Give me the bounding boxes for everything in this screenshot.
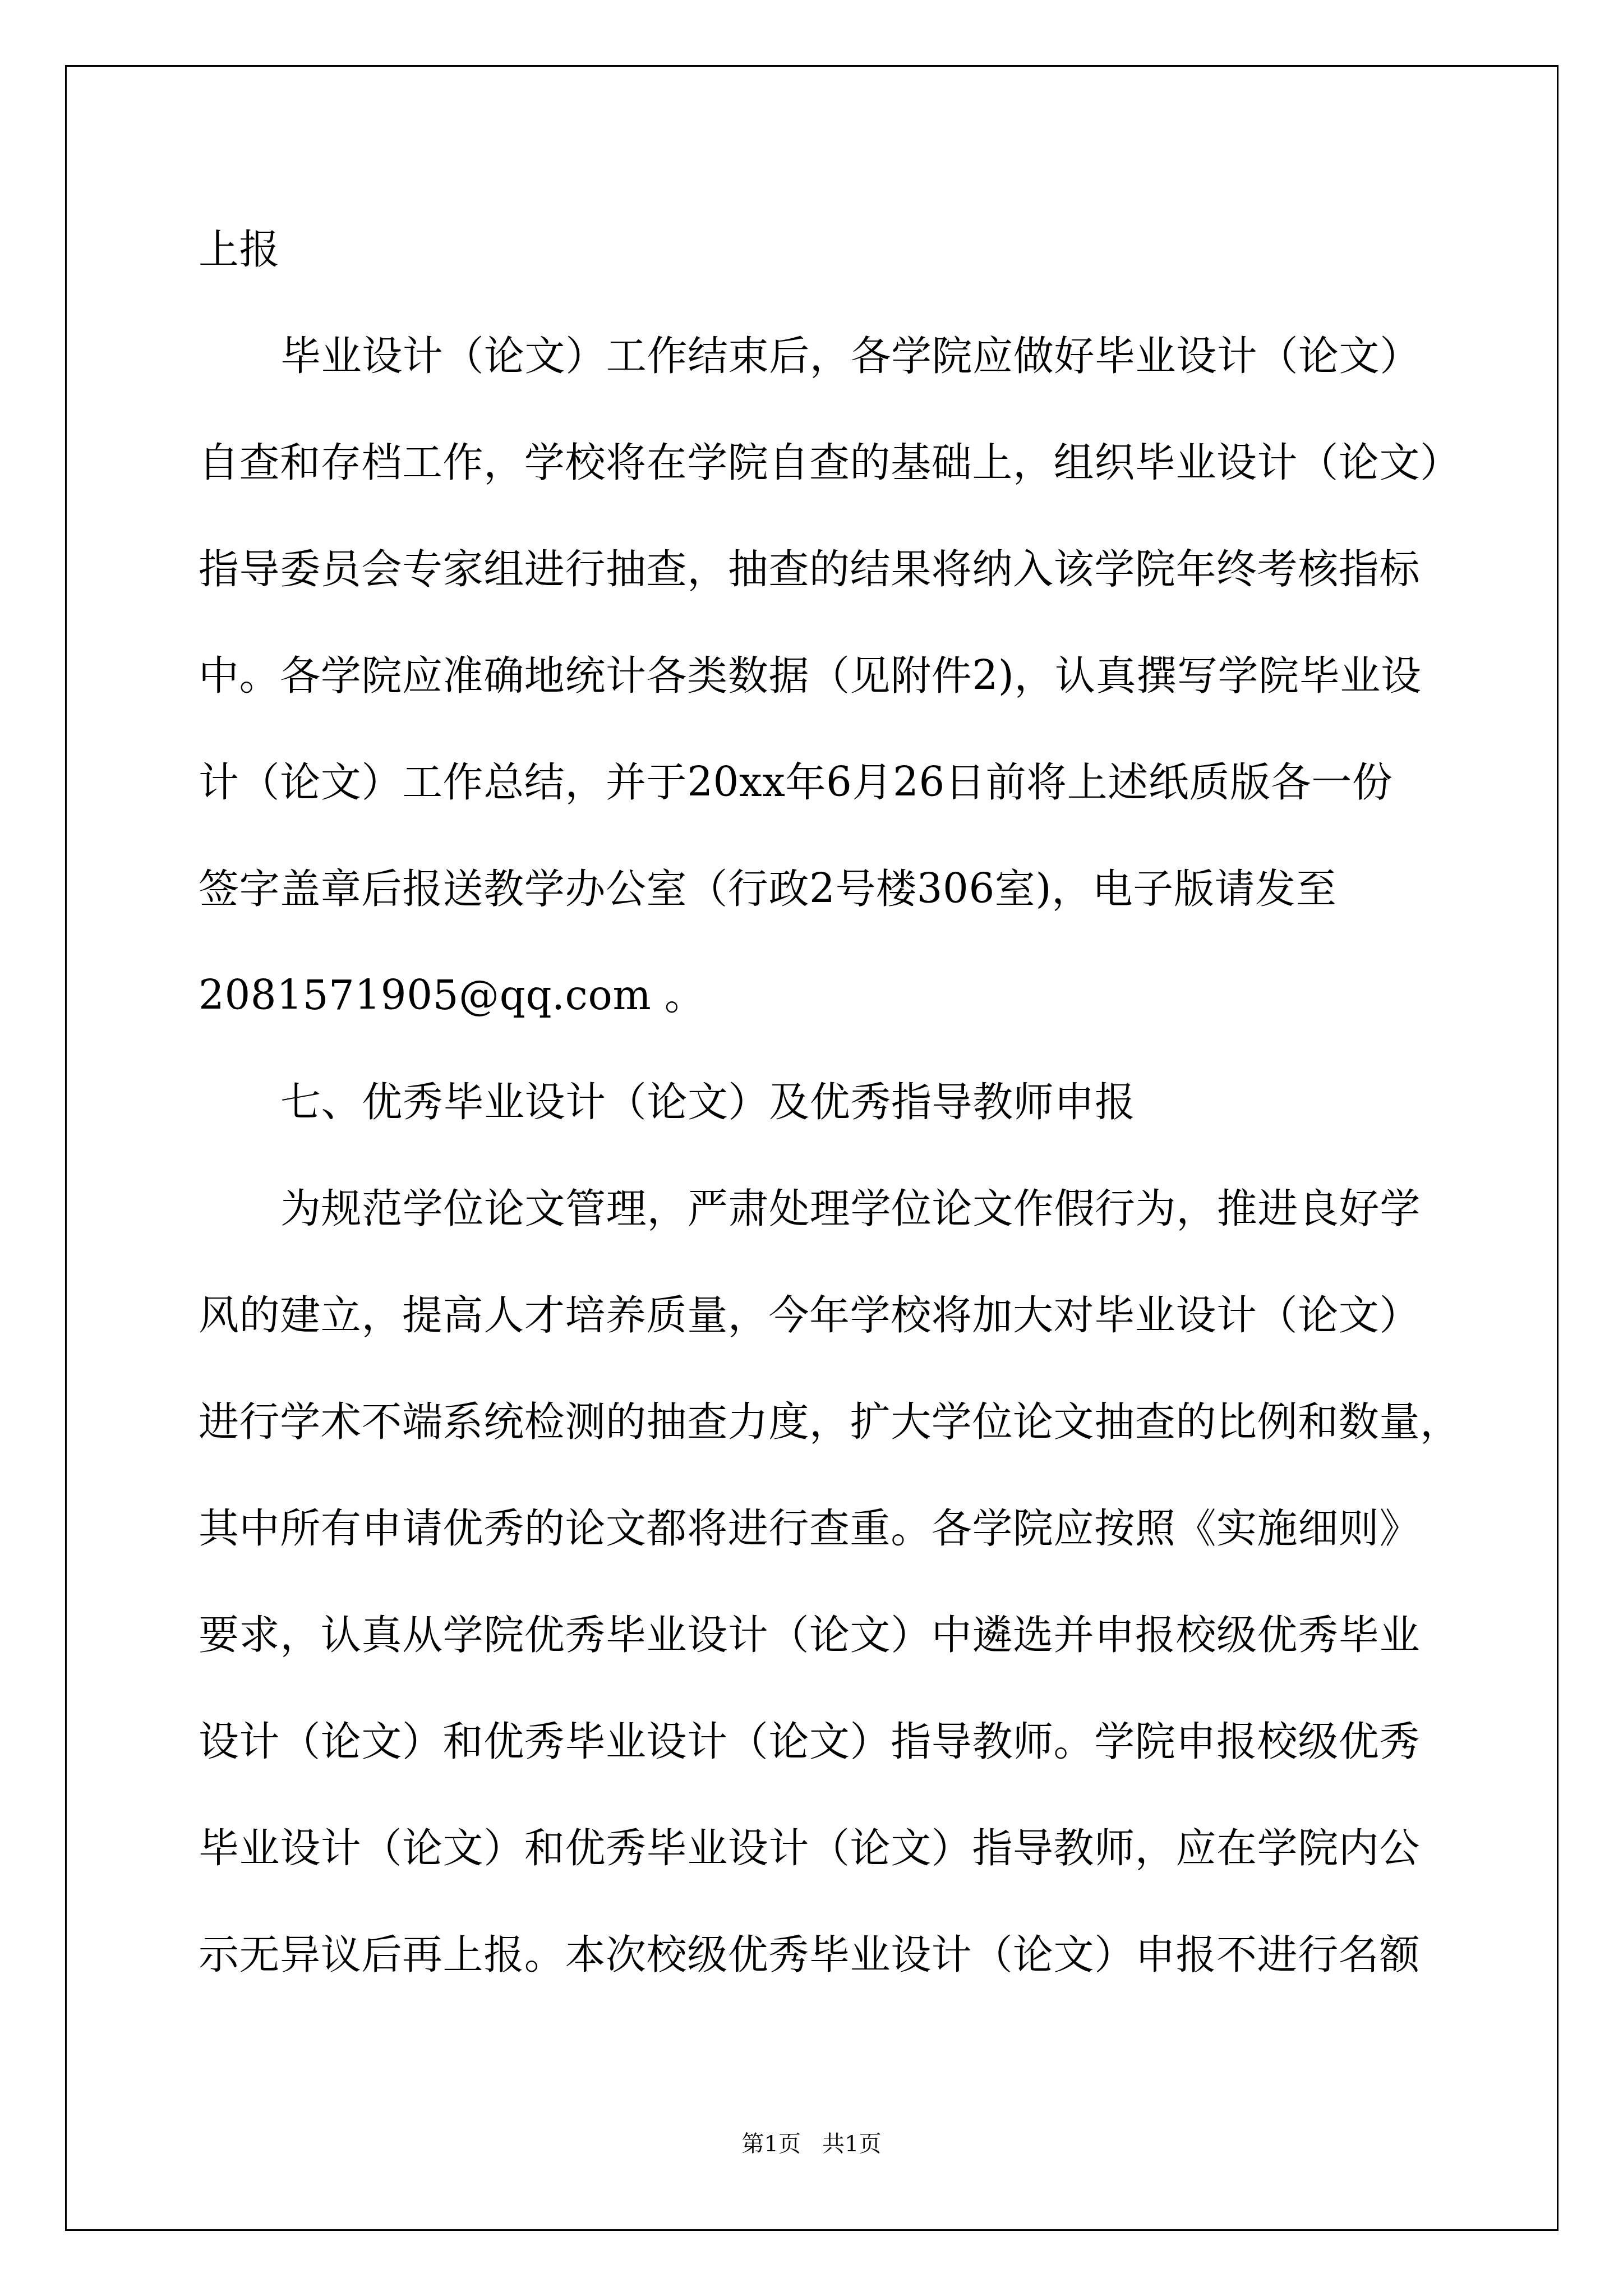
document-body: 上报 毕业设计（论文）工作结束后，各学院应做好毕业设计（论文） 自查和存档工作，… (199, 0, 1488, 2076)
paragraph-line: 示无异议后再上报。本次校级优秀毕业设计（论文）申报不进行名额 (199, 1932, 1420, 1977)
paragraph-line: 要求，认真从学院优秀毕业设计（论文）中遴选并申报校级优秀毕业 (199, 1612, 1420, 1657)
text-line-heading-continuation: 上报 (199, 227, 280, 272)
paragraph-line: 自查和存档工作，学校将在学院自查的基础上，组织毕业设计（论文） (199, 440, 1461, 485)
paragraph-line: 中。各学院应准确地统计各类数据（见附件2)，认真撰写学院毕业设 (199, 653, 1422, 698)
paragraph-line: 为规范学位论文管理，严肃处理学位论文作假行为，推进良好学 (280, 1186, 1421, 1231)
page-number-footer: 第1页 共1页 (0, 2129, 1623, 2159)
paragraph-line: 签字盖章后报送教学办公室（行政2号楼306室)，电子版请发至 (199, 866, 1336, 911)
paragraph-line: 毕业设计（论文）工作结束后，各学院应做好毕业设计（论文） (280, 333, 1421, 378)
paragraph-line: 进行学术不端系统检测的抽查力度，扩大学位论文抽查的比例和数量， (199, 1399, 1461, 1444)
paragraph-line: 计（论文）工作总结，并于20xx年6月26日前将上述纸质版各一份 (199, 760, 1393, 804)
email-address-line: 2081571905@qq.com 。 (199, 973, 705, 1018)
section-heading: 七、优秀毕业设计（论文）及优秀指导教师申报 (280, 1079, 1136, 1124)
paragraph-line: 其中所有申请优秀的论文都将进行查重。各学院应按照《实施细则》 (199, 1506, 1420, 1550)
paragraph-line: 毕业设计（论文）和优秀毕业设计（论文）指导教师，应在学院内公 (199, 1825, 1420, 1870)
paragraph-line: 指导委员会专家组进行抽查，抽查的结果将纳入该学院年终考核指标 (199, 546, 1420, 591)
paragraph-line: 设计（论文）和优秀毕业设计（论文）指导教师。学院申报校级优秀 (199, 1719, 1420, 1764)
paragraph-line: 风的建立，提高人才培养质量，今年学校将加大对毕业设计（论文） (199, 1292, 1420, 1337)
